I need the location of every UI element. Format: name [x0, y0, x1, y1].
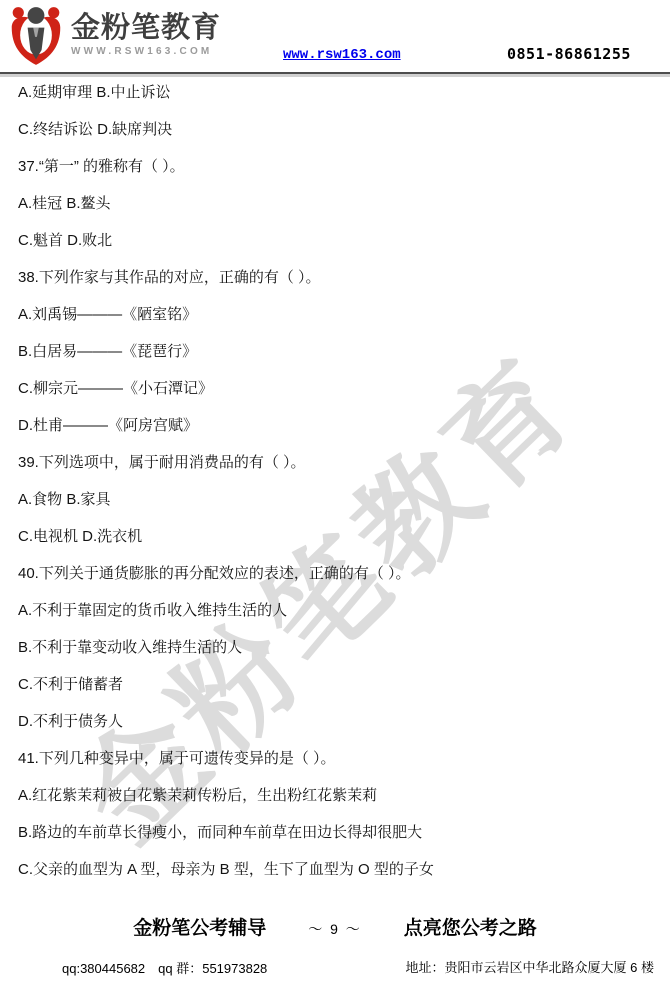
brand-logo: 金粉笔教育 WWW.RSW163.COM	[8, 5, 221, 67]
page-header: 金粉笔教育 WWW.RSW163.COM www.rsw163.com 0851…	[0, 0, 670, 74]
question-line: B.白居易———《琵琶行》	[18, 333, 664, 370]
brand-name: 金粉笔教育	[71, 13, 221, 43]
footer-qq-contacts: qq:380445682 qq 群：551973828	[62, 958, 267, 977]
question-line: A.延期审理 B.中止诉讼	[18, 74, 664, 111]
question-line: D.杜甫———《阿房宫赋》	[18, 407, 664, 444]
question-line: 37.“第一” 的雅称有（ ）。	[18, 148, 664, 185]
question-line: D.不利于债务人	[18, 703, 664, 740]
question-line: 40.下列关于通货膨胀的再分配效应的表述，正确的有（ ）。	[18, 555, 664, 592]
website-link[interactable]: www.rsw163.com	[283, 47, 401, 63]
question-line: A.食物 B.家具	[18, 481, 664, 518]
question-line: C.不利于储蓄者	[18, 666, 664, 703]
question-line: A.桂冠 B.鳌头	[18, 185, 664, 222]
question-line: A.不利于靠固定的货币收入维持生活的人	[18, 592, 664, 629]
question-line: 39.下列选项中，属于耐用消费品的有（ ）。	[18, 444, 664, 481]
question-line: A.红花紫茉莉被白花紫茉莉传粉后，生出粉红花紫茉莉	[18, 777, 664, 814]
question-line: C.电视机 D.洗衣机	[18, 518, 664, 555]
footer-address: 地址：贵阳市云岩区中华北路众厦大厦 6 楼	[406, 957, 654, 976]
question-line: B.不利于靠变动收入维持生活的人	[18, 629, 664, 666]
phone-number: 0851-86861255	[507, 45, 631, 63]
footer-slogan: 点亮您公考之路	[404, 913, 537, 940]
question-line: C.魁首 D.败北	[18, 222, 664, 259]
brand-logo-icon	[8, 5, 64, 67]
brand-site-url: WWW.RSW163.COM	[71, 46, 221, 57]
question-line: B.路边的车前草长得瘦小，而同种车前草在田边长得却很肥大	[18, 814, 664, 851]
page-number: ～ 9 ～	[308, 919, 362, 939]
question-line: C.终结诉讼 D.缺席判决	[18, 111, 664, 148]
question-line: C.父亲的血型为 A 型，母亲为 B 型，生下了血型为 O 型的子女	[18, 851, 664, 888]
question-line: C.柳宗元———《小石潭记》	[18, 370, 664, 407]
footer-banner: 金粉笔公考辅导 ～ 9 ～ 点亮您公考之路	[0, 913, 670, 940]
question-list: A.延期审理 B.中止诉讼C.终结诉讼 D.缺席判决37.“第一” 的雅称有（ …	[18, 74, 664, 888]
brand-text-block: 金粉笔教育 WWW.RSW163.COM	[71, 13, 221, 57]
footer-brand: 金粉笔公考辅导	[133, 913, 266, 940]
question-line: A.刘禹锡———《陋室铭》	[18, 296, 664, 333]
question-line: 38.下列作家与其作品的对应，正确的有（ ）。	[18, 259, 664, 296]
question-line: 41.下列几种变异中，属于可遗传变异的是（ ）。	[18, 740, 664, 777]
